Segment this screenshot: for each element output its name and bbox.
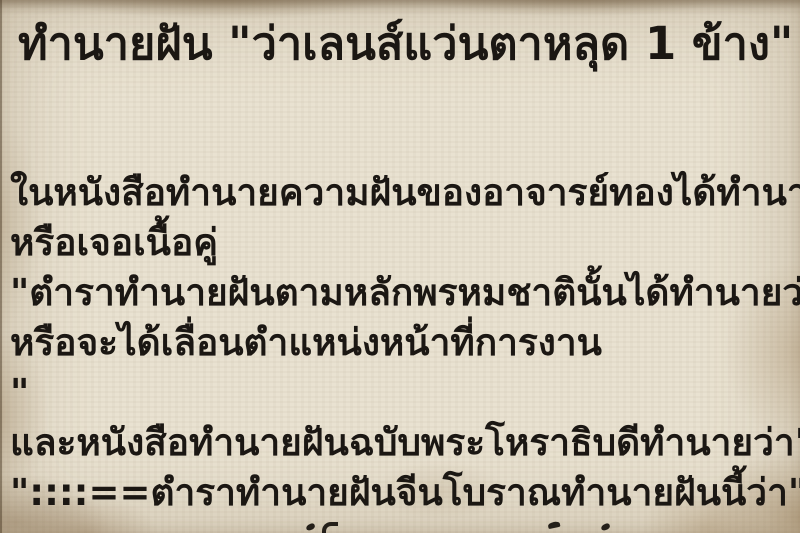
text-line: หรือเจอเนื้อคู่ xyxy=(10,218,800,268)
glyph-top-tall-letter xyxy=(322,522,338,533)
text-line: หรือจะได้เลื่อนตำแหน่งหน้าที่การงาน xyxy=(10,318,800,368)
text-line: ในหนังสือทำนายความฝันของอาจารย์ทองได้ทำน… xyxy=(10,168,800,218)
text-line: "::::==ตำราทำนายฝันจีนโบราณทำนายฝันนี้ว่… xyxy=(10,468,800,518)
text-line: " xyxy=(10,368,800,418)
body-text: ในหนังสือทำนายความฝันของอาจารย์ทองได้ทำน… xyxy=(10,168,800,518)
glyph-top-tone-mark xyxy=(305,523,316,532)
text-line: "ตำราทำนายฝันตามหลักพรหมชาตินั้นได้ทำนาย… xyxy=(10,268,800,318)
glyph-top-tone-mark xyxy=(548,521,561,529)
paper-left-edge-line xyxy=(0,0,2,533)
page-title: ทำนายฝัน "ว่าเลนส์แว่นตาหลุด 1 ข้าง" xyxy=(18,8,800,80)
text-line: และหนังสือทำนายฝันฉบับพระโหราธิบดีทำนายว… xyxy=(10,418,800,468)
glyph-top-tone-mark xyxy=(600,523,611,532)
aged-paper-page: ทำนายฝัน "ว่าเลนส์แว่นตาหลุด 1 ข้าง" ในห… xyxy=(0,0,800,533)
